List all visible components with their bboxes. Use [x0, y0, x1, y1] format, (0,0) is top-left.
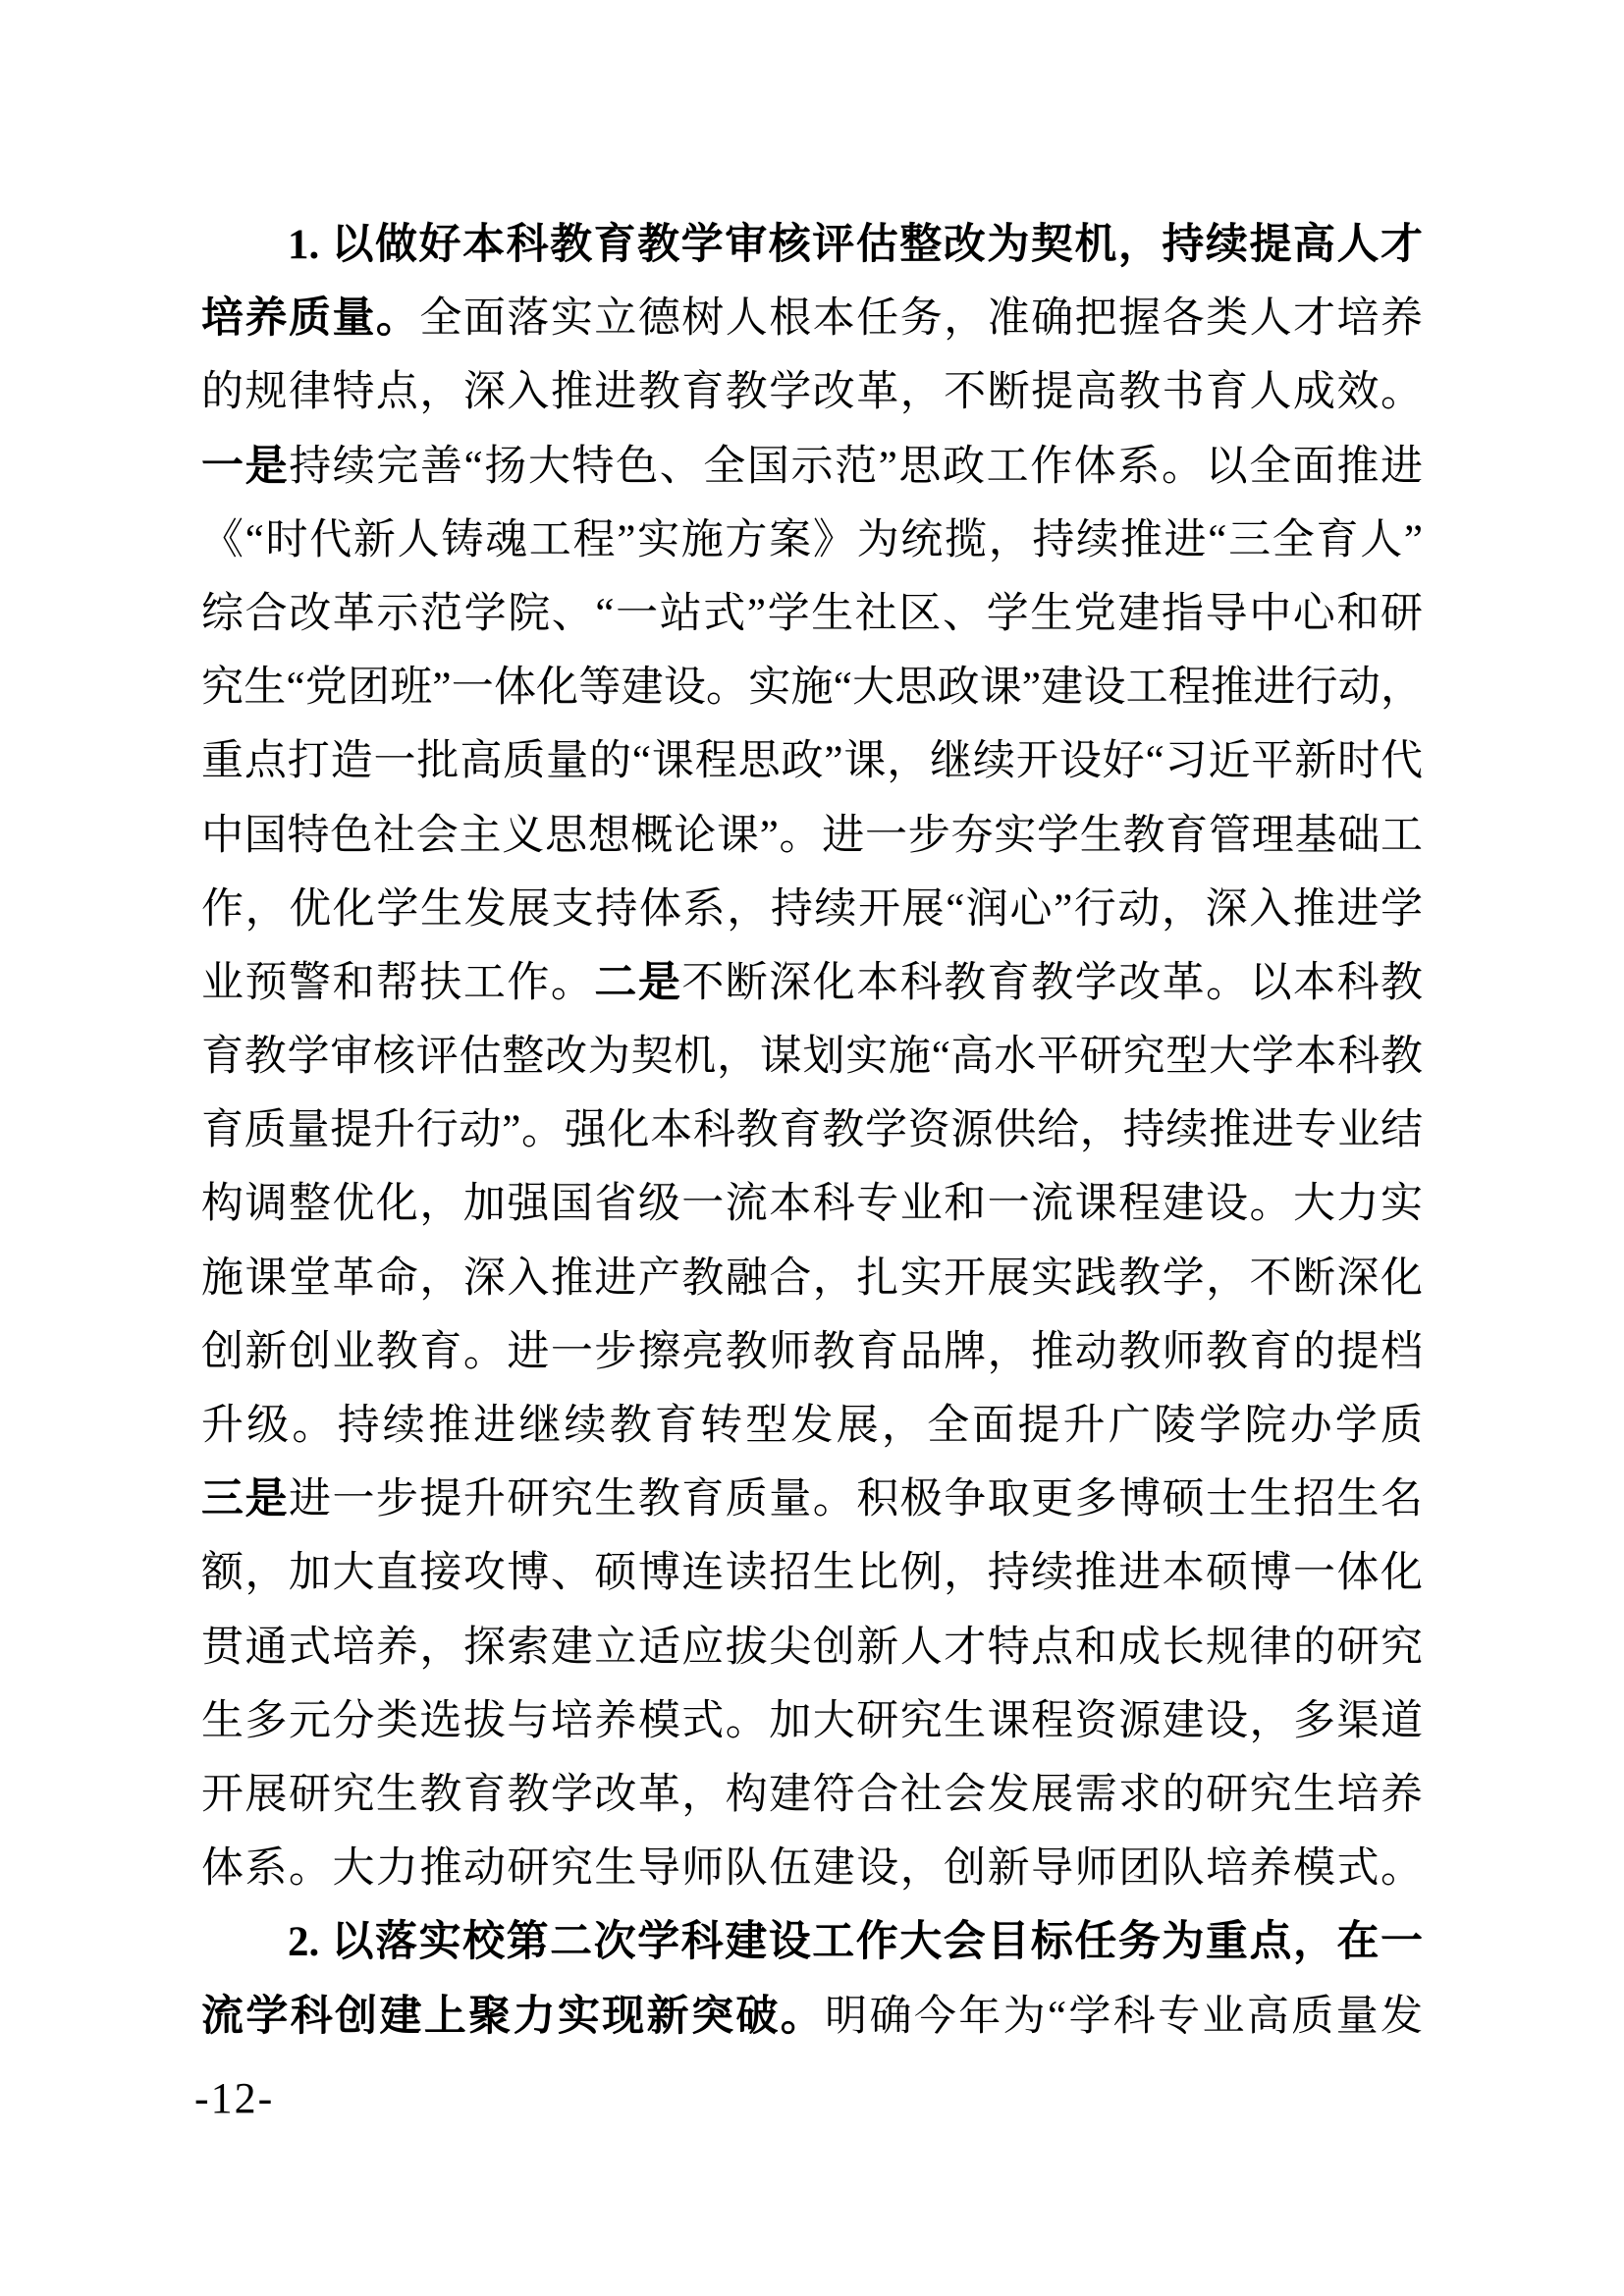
text-segment: 不断深化本科教育教学改革。以本科教 [681, 960, 1423, 1006]
text-line: 升级。持续推进继续教育转型发展，全面提升广陵学院办学质量。 [201, 1389, 1423, 1463]
text-segment: 究生“党团班”一体化等建设。实施“大思政课”建设工程推进行动， [201, 665, 1423, 711]
page-number: -12- [194, 2077, 274, 2120]
text-segment: 中国特色社会主义思想概论课”。进一步夯实学生教育管理基础工 [201, 813, 1423, 859]
text-line: 育教学审核评估整改为契机，谋划实施“高水平研究型大学本科教 [201, 1020, 1423, 1094]
paragraph-1: 1. 以做好本科教育教学审核评估整改为契机，持续提高人才培养质量。全面落实立德树… [201, 208, 1423, 1905]
text-segment: 全面落实立德树人根本任务，准确把握各类人才培养 [419, 295, 1423, 342]
text-line: 生多元分类选拔与培养模式。加大研究生课程资源建设，多渠道 [201, 1684, 1423, 1758]
text-segment: 施课堂革命，深入推进产教融合，扎实开展实践教学，不断深化 [201, 1255, 1423, 1302]
text-segment: 持续完善“扬大特色、全国示范”思政工作体系。以全面推进 [289, 444, 1423, 490]
text-line: 构调整优化，加强国省级一流本科专业和一流课程建设。大力实 [201, 1167, 1423, 1241]
text-segment: 1. 以做好本科教育教学审核评估整改为契机，持续提高人才 [288, 222, 1423, 268]
text-segment: 一是 [201, 444, 289, 490]
text-segment: 培养质量。 [201, 295, 419, 342]
text-line: 作，优化学生发展支持体系，持续开展“润心”行动，深入推进学 [201, 873, 1423, 946]
text-segment: 的规律特点，深入推进教育教学改革，不断提高教书育人成效。 [201, 369, 1423, 415]
text-segment: 体系。大力推动研究生导师队伍建设，创新导师团队培养模式。 [201, 1845, 1423, 1892]
text-segment: 业预警和帮扶工作。 [201, 960, 594, 1006]
text-line: 施课堂革命，深入推进产教融合，扎实开展实践教学，不断深化 [201, 1242, 1423, 1315]
text-segment: 额，加大直接攻博、硕博连读招生比例，持续推进本硕博一体化 [201, 1550, 1423, 1596]
text-line: 中国特色社会主义思想概论课”。进一步夯实学生教育管理基础工 [201, 799, 1423, 873]
document-page: 1. 以做好本科教育教学审核评估整改为契机，持续提高人才培养质量。全面落实立德树… [0, 0, 1624, 2296]
text-segment: 流学科创建上聚力实现新突破。 [201, 1994, 825, 2040]
text-line: 业预警和帮扶工作。二是不断深化本科教育教学改革。以本科教 [201, 946, 1423, 1020]
text-line: 培养质量。全面落实立德树人根本任务，准确把握各类人才培养 [201, 282, 1423, 355]
text-segment: 创新创业教育。进一步擦亮教师教育品牌，推动教师教育的提档 [201, 1329, 1423, 1375]
text-segment: 《“时代新人铸魂工程”实施方案》为统揽，持续推进“三全育人” [201, 517, 1423, 563]
text-line: 1. 以做好本科教育教学审核评估整改为契机，持续提高人才 [201, 208, 1423, 282]
text-line: 重点打造一批高质量的“课程思政”课，继续开设好“习近平新时代 [201, 724, 1423, 798]
paragraph-2: 2. 以落实校第二次学科建设工作大会目标任务为重点，在一流学科创建上聚力实现新突… [201, 1905, 1423, 2053]
text-line: 究生“党团班”一体化等建设。实施“大思政课”建设工程推进行动， [201, 651, 1423, 724]
text-line: 综合改革示范学院、“一站式”学生社区、学生党建指导中心和研 [201, 577, 1423, 651]
text-segment: 贯通式培养，探索建立适应拔尖创新人才特点和成长规律的研究 [201, 1625, 1423, 1671]
text-segment: 三是 [201, 1476, 289, 1522]
text-line: 体系。大力推动研究生导师队伍建设，创新导师团队培养模式。 [201, 1832, 1423, 1905]
document-body: 1. 以做好本科教育教学审核评估整改为契机，持续提高人才培养质量。全面落实立德树… [201, 208, 1423, 2054]
text-segment: 育质量提升行动”。强化本科教育教学资源供给，持续推进专业结 [201, 1107, 1423, 1153]
text-line: 三是进一步提升研究生教育质量。积极争取更多博硕士生招生名 [201, 1463, 1423, 1536]
text-segment: 作，优化学生发展支持体系，持续开展“润心”行动，深入推进学 [201, 886, 1423, 933]
text-segment: 构调整优化，加强国省级一流本科专业和一流课程建设。大力实 [201, 1181, 1423, 1227]
text-segment: 重点打造一批高质量的“课程思政”课，继续开设好“习近平新时代 [201, 738, 1423, 784]
text-segment: 升级。持续推进继续教育转型发展，全面提升广陵学院办学质量。 [201, 1403, 1423, 1463]
text-segment: 生多元分类选拔与培养模式。加大研究生课程资源建设，多渠道 [201, 1698, 1423, 1744]
text-segment: 综合改革示范学院、“一站式”学生社区、学生党建指导中心和研 [201, 591, 1423, 637]
text-segment: 二是 [594, 960, 681, 1006]
text-line: 贯通式培养，探索建立适应拔尖创新人才特点和成长规律的研究 [201, 1611, 1423, 1684]
text-segment: 2. 以落实校第二次学科建设工作大会目标任务为重点，在一 [288, 1919, 1423, 1965]
text-segment: 育教学审核评估整改为契机，谋划实施“高水平研究型大学本科教 [201, 1034, 1423, 1080]
text-line: 开展研究生教育教学改革，构建符合社会发展需求的研究生培养 [201, 1758, 1423, 1832]
text-line: 的规律特点，深入推进教育教学改革，不断提高教书育人成效。 [201, 355, 1423, 429]
text-segment: 开展研究生教育教学改革，构建符合社会发展需求的研究生培养 [201, 1772, 1423, 1818]
text-line: 一是持续完善“扬大特色、全国示范”思政工作体系。以全面推进 [201, 430, 1423, 504]
text-line: 流学科创建上聚力实现新突破。明确今年为“学科专业高质量发 [201, 1980, 1423, 2054]
text-line: 2. 以落实校第二次学科建设工作大会目标任务为重点，在一 [201, 1905, 1423, 1979]
text-segment: 明确今年为“学科专业高质量发 [825, 1994, 1423, 2040]
text-line: 育质量提升行动”。强化本科教育教学资源供给，持续推进专业结 [201, 1094, 1423, 1167]
text-line: 额，加大直接攻博、硕博连读招生比例，持续推进本硕博一体化 [201, 1536, 1423, 1610]
text-line: 创新创业教育。进一步擦亮教师教育品牌，推动教师教育的提档 [201, 1315, 1423, 1389]
text-line: 《“时代新人铸魂工程”实施方案》为统揽，持续推进“三全育人” [201, 504, 1423, 577]
text-segment: 进一步提升研究生教育质量。积极争取更多博硕士生招生名 [289, 1476, 1423, 1522]
